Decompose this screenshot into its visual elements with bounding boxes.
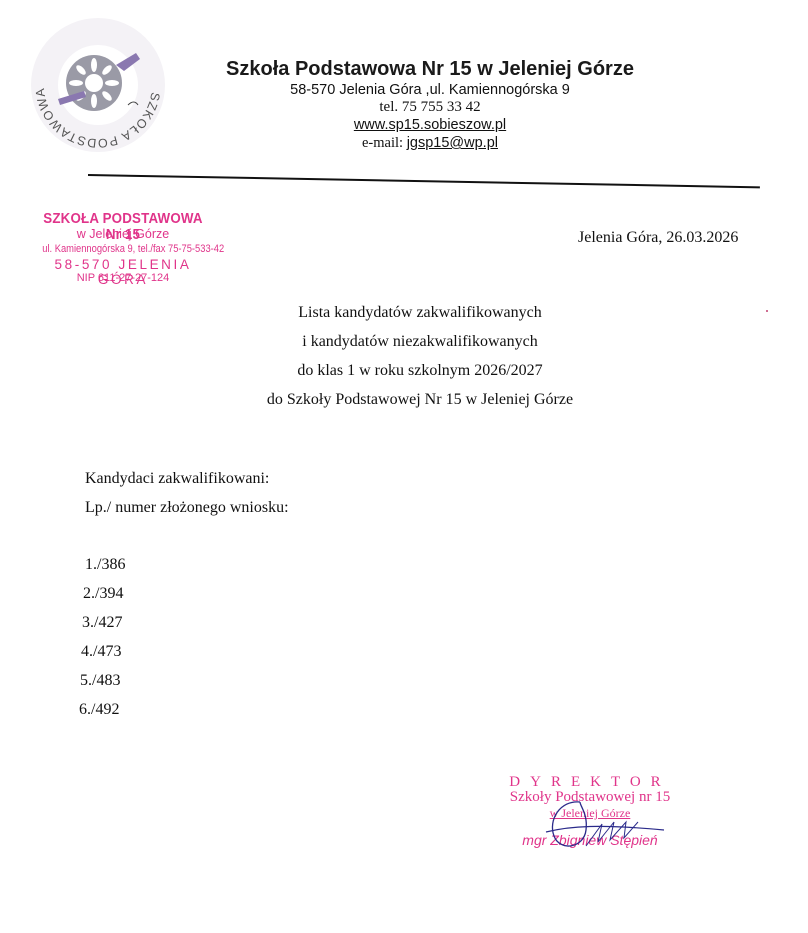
list-item: 1./386	[85, 556, 125, 574]
email-label: e-mail:	[362, 135, 407, 151]
qualified-heading: Kandydaci zakwalifikowani:	[85, 470, 269, 488]
school-address: 58-570 Jelenia Góra ,ul. Kamiennogórska …	[180, 82, 680, 98]
column-heading: Lp./ numer złożonego wniosku:	[85, 499, 289, 517]
school-website: www.sp15.sobieszow.pl	[180, 117, 680, 133]
scan-speck	[766, 310, 768, 312]
school-name: Szkoła Podstawowa Nr 15 w Jeleniej Górze	[180, 58, 680, 81]
website-link[interactable]: www.sp15.sobieszow.pl	[354, 117, 506, 133]
signature-icon	[540, 800, 670, 860]
list-item: 2./394	[83, 585, 123, 603]
school-email: e-mail: jgsp15@wp.pl	[180, 135, 680, 152]
list-item: 3./427	[82, 614, 122, 632]
school-logo: SZKOŁA PODSTAWOWA NR 15 w JELENIEJ GÓRZE…	[28, 15, 168, 155]
title-line-2: i kandydatów niezakwalifikowanych	[200, 333, 640, 351]
list-item: 5./483	[80, 672, 120, 690]
list-item: 6./492	[79, 701, 119, 719]
email-link[interactable]: jgsp15@wp.pl	[407, 135, 498, 151]
stamp-line-2: w Jeleniej Górze	[28, 227, 218, 241]
title-line-4: do Szkoły Podstawowej Nr 15 w Jeleniej G…	[200, 391, 640, 409]
document-date: Jelenia Góra, 26.03.2026	[578, 229, 738, 247]
list-item: 4./473	[81, 643, 121, 661]
title-line-3: do klas 1 w roku szkolnym 2026/2027	[200, 362, 640, 380]
header-divider	[88, 174, 760, 188]
stamp-line-3: ul. Kamiennogórska 9, tel./fax 75-75-533…	[42, 243, 204, 255]
title-line-1: Lista kandydatów zakwalifikowanych	[200, 304, 640, 322]
stamp-line-5: NIP 611-27-27-124	[28, 272, 218, 284]
school-phone: tel. 75 755 33 42	[180, 99, 680, 116]
